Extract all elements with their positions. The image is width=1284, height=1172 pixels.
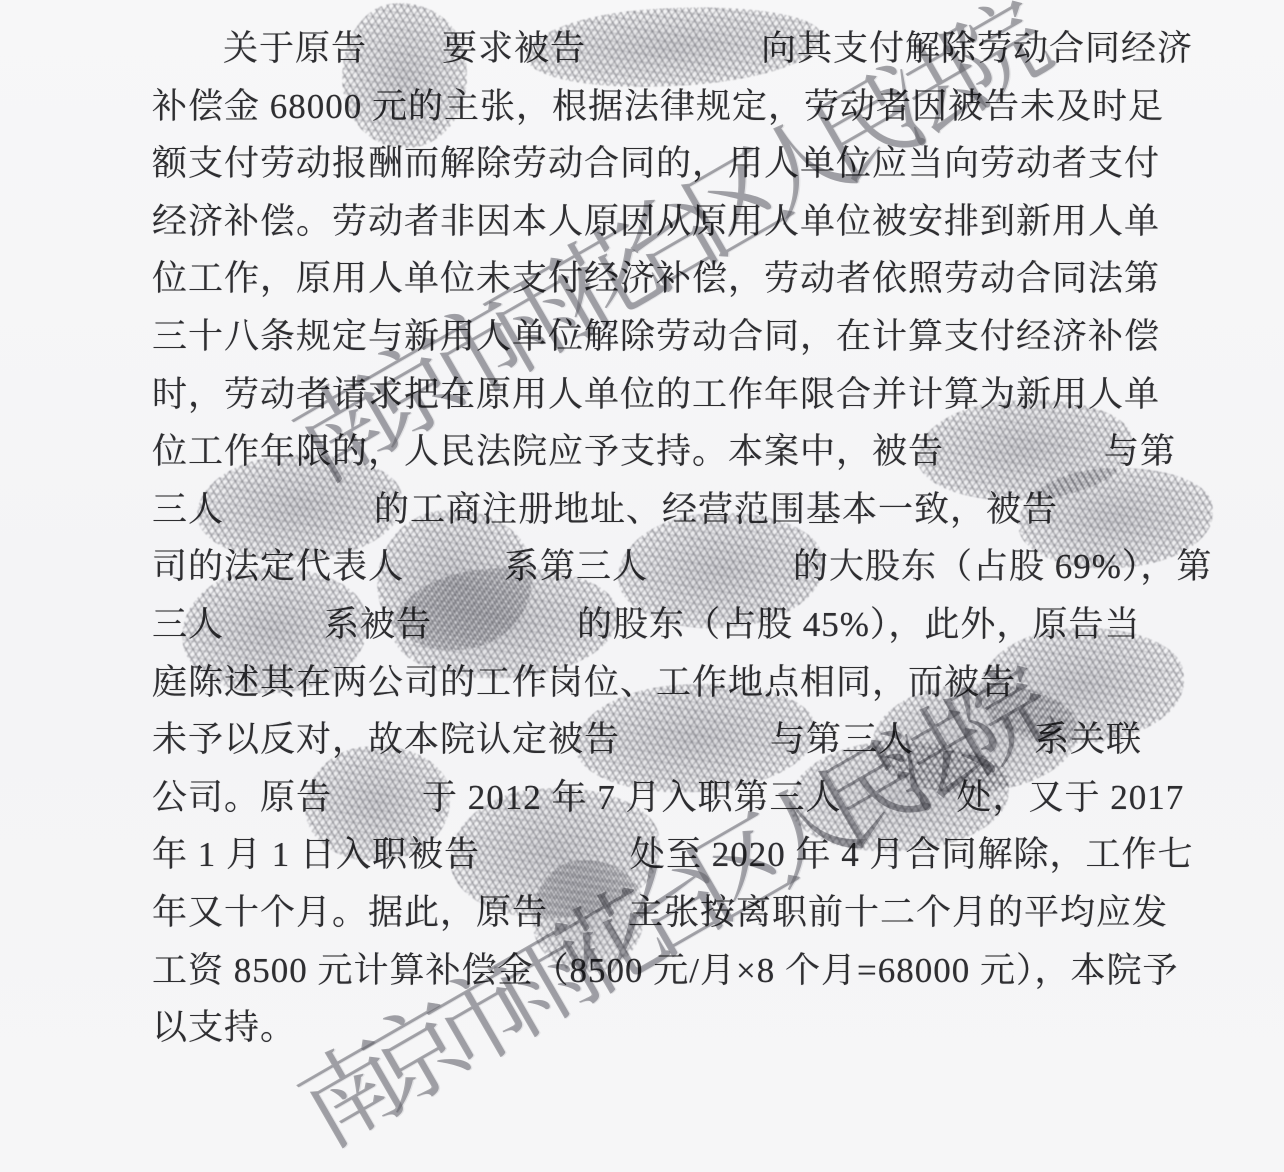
text-line: 关于原告要求被告向其支付解除劳动合同经济 (152, 20, 1142, 78)
text-segment: 额支付劳动报酬而解除劳动合同的，用人单位应当向劳动者支付 (152, 144, 1160, 183)
redacted-text (1058, 487, 1173, 529)
text-line: 年又十个月。据此，原告主张按离职前十二个月的平均应发 (152, 884, 1142, 942)
text-segment: 补偿金 68000 元的主张，根据法律规定，劳动者因被告未及时足 (152, 87, 1164, 126)
document-page: 关于原告要求被告向其支付解除劳动合同经济补偿金 68000 元的主张，根据法律规… (0, 0, 1284, 1172)
text-line: 以支持。 (152, 999, 1142, 1057)
text-segment: 以支持。 (152, 1008, 296, 1047)
redacted-text (648, 544, 793, 586)
text-line: 经济补偿。劳动者非因本人原因从原用人单位被安排到新用人单 (152, 193, 1142, 251)
redacted-text (620, 717, 770, 759)
text-line: 工资 8500 元计算补偿金（8500 元/月×8 个月=68000 元），本院… (152, 942, 1142, 1000)
text-line: 年 1 月 1 日入职被告处至 2020 年 4 月合同解除，工作七 (152, 826, 1142, 884)
redacted-text (586, 26, 761, 68)
redacted-text (548, 890, 628, 932)
text-line: 三十八条规定与新用人单位解除劳动合同，在计算支付经济补偿 (152, 308, 1142, 366)
text-line: 额支付劳动报酬而解除劳动合同的，用人单位应当向劳动者支付 (152, 135, 1142, 193)
redacted-text (432, 602, 577, 644)
text-segment: 主张按离职前十二个月的平均应发 (628, 893, 1168, 932)
document-body: 关于原告要求被告向其支付解除劳动合同经济补偿金 68000 元的主张，根据法律规… (152, 20, 1142, 1057)
text-line: 位工作，原用人单位未支付经济补偿，劳动者依照劳动合同法第 (152, 250, 1142, 308)
redacted-text (367, 26, 442, 68)
redacted-text (332, 775, 422, 817)
redacted-text (224, 487, 374, 529)
text-segment: 经济补偿。劳动者非因本人原因从原用人单位被安排到新用人单 (152, 202, 1160, 241)
redacted-text (944, 429, 1104, 471)
text-segment: 向其支付解除劳动合同经济 (761, 29, 1193, 68)
text-line: 未予以反对，故本院认定被告与第三人系关联 (152, 711, 1142, 769)
redacted-text (224, 602, 324, 644)
redacted-text (842, 775, 957, 817)
text-segment: 位工作，原用人单位未支付经济补偿，劳动者依照劳动合同法第 (152, 259, 1160, 298)
text-segment: 三十八条规定与新用人单位解除劳动合同，在计算支付经济补偿 (152, 317, 1160, 356)
text-segment: 工资 8500 元计算补偿金（8500 元/月×8 个月=68000 元），本院… (152, 951, 1178, 990)
